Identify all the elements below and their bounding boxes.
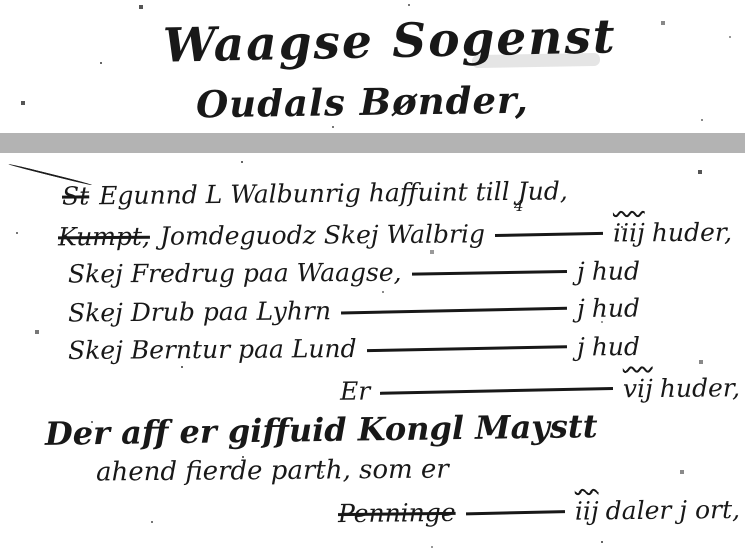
entry-label: Skej Drub paa Lyhrn [68, 297, 331, 327]
entry-row-3: Skej Fredrug paa Waagse, j hud [68, 258, 640, 288]
roman-numeral: j [577, 258, 585, 286]
entry-unit: hud [592, 333, 640, 361]
scan-divider-band [0, 133, 745, 153]
entry-unit: hud [592, 258, 640, 286]
entry-label: Skej Berntur paa Lund [68, 335, 357, 365]
title-line-2: Oudals Bønder, [196, 82, 529, 124]
roman-numeral: j [577, 333, 585, 361]
dash-rule [367, 346, 567, 353]
roman-numeral: vij [623, 375, 653, 403]
dash-rule [341, 307, 567, 315]
struck-word: Kumpt, [58, 223, 150, 251]
title-line-1: Waagse Sogenst [163, 13, 617, 69]
footer-line-2: ahend fierde parth, som er [96, 456, 449, 485]
entry-row-4: Skej Drub paa Lyhrn j hud [68, 295, 640, 327]
entry-label: Skej Fredrug paa Waagse, [68, 259, 402, 288]
footnote-mark: 4 [514, 197, 524, 215]
entry-unit: hud [592, 295, 640, 323]
paper-speckles [0, 0, 2, 2]
dash-rule [380, 387, 613, 395]
entry-label: Jomdeguodz Skej Walbrig [160, 220, 485, 250]
manuscript-page: Waagse Sogenst Oudals Bønder, St Egunnd … [0, 0, 745, 555]
payment-label: Penninge [338, 499, 456, 528]
payment-row: Penninge iij daler j ort, [338, 496, 740, 528]
entry-unit: huder, [660, 374, 740, 402]
struck-word: St [62, 182, 89, 210]
sum-label: Er [340, 377, 370, 405]
entry-row-2: Kumpt, Jomdeguodz Skej Walbrig iiij hude… [58, 219, 732, 251]
roman-numeral: iiij [613, 219, 645, 247]
entry-unit: huder, [652, 219, 732, 247]
footer-line-1: Der aff er giffuid Kongl Maystt [45, 410, 598, 450]
dash-rule [412, 270, 567, 276]
entry-row-5: Skej Berntur paa Lund j hud [68, 333, 640, 364]
dash-rule [495, 232, 603, 237]
payment-unit: daler j ort, [606, 496, 741, 525]
entry-label: Egunnd L Walbunrig haffuint till Jud, [99, 177, 568, 209]
entry-row-sum: Er vij huder, [340, 374, 740, 405]
roman-numeral: iij [575, 497, 599, 525]
dash-rule [466, 510, 565, 515]
roman-numeral: j [577, 295, 585, 323]
entry-row-1: St Egunnd L Walbunrig haffuint till Jud, [62, 177, 568, 210]
